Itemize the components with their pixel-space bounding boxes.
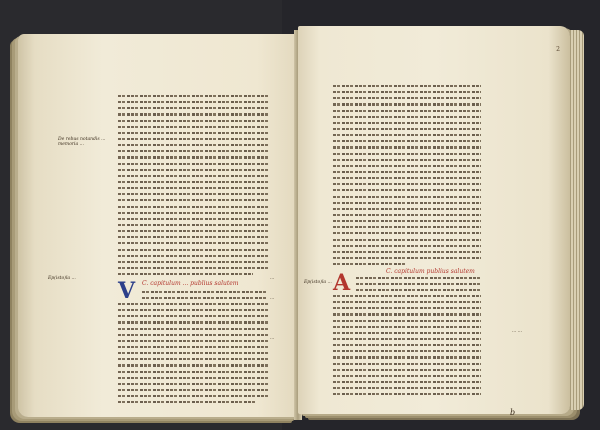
left-text-lower-indent xyxy=(142,291,268,303)
margin-note-right-mid: ... xyxy=(270,276,274,281)
decorated-initial-a: A xyxy=(333,272,350,294)
margin-note-left-mid: Ep(isto)la ... xyxy=(48,276,76,281)
margin-note-right-page-left: Ep(isto)la ... xyxy=(304,280,332,285)
left-rubric: C. capitulum ... publius salutem xyxy=(142,281,239,287)
right-text-upper xyxy=(333,85,481,269)
margin-note-right-lower: ... xyxy=(270,336,274,341)
right-text-lower xyxy=(333,295,481,399)
margin-note-right-page-right: ... ... xyxy=(512,329,562,334)
right-rubric: C. capitulum publius salutem xyxy=(386,269,475,275)
right-text-lower-indent xyxy=(356,277,481,295)
right-page: 2 Ep(isto)la ... ... ... b C. capitulum … xyxy=(298,26,570,414)
margin-note-bottom-right: b xyxy=(510,410,515,415)
margin-note-upper-left: De rebus notandis ... memoria ... xyxy=(58,137,110,147)
manuscript-book: De rebus notandis ... memoria ... Ep(ist… xyxy=(14,12,586,416)
right-page-edges xyxy=(570,30,584,410)
left-text-lower xyxy=(118,303,268,407)
left-page: De rebus notandis ... memoria ... Ep(ist… xyxy=(18,34,300,417)
decorated-initial-v: V xyxy=(118,280,135,302)
left-text-upper xyxy=(118,95,268,279)
margin-note-right-mid-2: ... xyxy=(270,296,274,301)
folio-number: 2 xyxy=(556,46,560,53)
